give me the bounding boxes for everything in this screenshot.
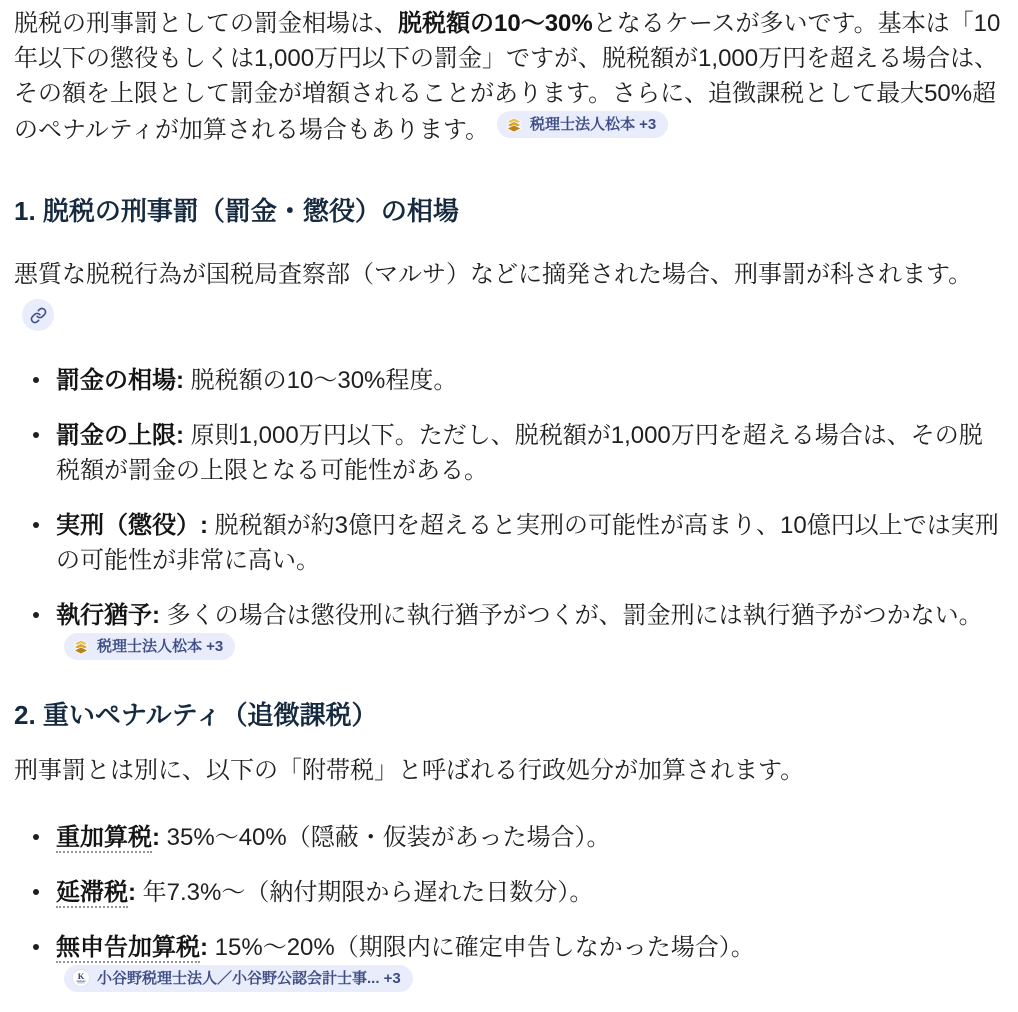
citation-chip-matsumoto[interactable]: 税理士法人松本 +3 (497, 111, 668, 138)
section-1-heading: 1. 脱税の刑事罰（罰金・懲役）の相場 (14, 193, 1004, 229)
list-item: 実刑（懲役）: 脱税額が約3億円を超えると実刑の可能性が高まり、10億円以上では… (56, 508, 1004, 578)
citation-chip-matsumoto[interactable]: 税理士法人松本 +3 (64, 633, 235, 660)
citation-chip-label: 小谷野税理士法人／小谷野公認会計士事... +3 (97, 967, 401, 990)
list-term-colon: : (200, 934, 208, 961)
intro-bold-range: 脱税額の10〜30% (398, 10, 593, 37)
list-item: 罰金の相場: 脱税額の10〜30%程度。 (56, 363, 1004, 398)
list-term: 執行猶予: (56, 602, 160, 629)
section-1-list: 罰金の相場: 脱税額の10〜30%程度。 罰金の上限: 原則1,000万円以下。… (14, 363, 1004, 670)
list-item: 延滞税: 年7.3%〜（納付期限から遅れた日数分）。 (56, 875, 1004, 910)
list-term-glossary: 延滞税 (56, 879, 128, 908)
list-text: 脱税額の10〜30%程度。 (184, 367, 457, 394)
list-term-colon: : (128, 879, 136, 906)
list-text: 原則1,000万円以下。ただし、脱税額が1,000万円を超える場合は、その脱税額… (56, 422, 983, 484)
list-item: 無申告加算税: 15%〜20%（期限内に確定申告しなかった場合）。K小谷野税理士… (56, 930, 1004, 1002)
intro-text-1: 脱税の刑事罰としての罰金相場は、 (14, 10, 398, 37)
list-item: 執行猶予: 多くの場合は懲役刑に執行猶予がつくが、罰金刑には執行猶予がつかない。… (56, 598, 1004, 670)
citation-chip-label: 税理士法人松本 +3 (97, 635, 223, 658)
section-2-list: 重加算税: 35%〜40%（隠蔽・仮装があった場合）。 延滞税: 年7.3%〜（… (14, 820, 1004, 1002)
section-1-lead-text: 悪質な脱税行為が国税局査察部（マルサ）などに摘発された場合、刑事罰が科されます。 (14, 261, 972, 288)
list-term-glossary: 無申告加算税 (56, 934, 200, 963)
list-term-colon: : (152, 824, 160, 851)
citation-chip-label: 税理士法人松本 +3 (530, 113, 656, 136)
list-text: 年7.3%〜（納付期限から遅れた日数分）。 (136, 879, 593, 906)
svg-text:K: K (78, 971, 85, 981)
citation-chip-koyano[interactable]: K小谷野税理士法人／小谷野公認会計士事... +3 (64, 965, 413, 992)
list-term: 罰金の上限: (56, 422, 184, 449)
list-term: 実刑（懲役）: (56, 512, 208, 539)
list-text: 35%〜40%（隠蔽・仮装があった場合）。 (160, 824, 611, 851)
list-item: 重加算税: 35%〜40%（隠蔽・仮装があった場合）。 (56, 820, 1004, 855)
assistant-response: 脱税の刑事罰としての罰金相場は、脱税額の10〜30%となるケースが多いです。基本… (0, 0, 1018, 1001)
citation-link-chip[interactable] (22, 299, 54, 331)
section-2-heading: 2. 重いペナルティ（追徴課税） (14, 697, 1004, 733)
intro-paragraph: 脱税の刑事罰としての罰金相場は、脱税額の10〜30%となるケースが多いです。基本… (14, 6, 1004, 148)
link-icon (30, 307, 47, 324)
list-term-glossary: 重加算税 (56, 824, 152, 853)
list-item: 罰金の上限: 原則1,000万円以下。ただし、脱税額が1,000万円を超える場合… (56, 418, 1004, 488)
section-2-lead-text: 刑事罰とは別に、以下の「附帯税」と呼ばれる行政処分が加算されます。 (14, 757, 804, 784)
section-1-lead: 悪質な脱税行為が国税局査察部（マルサ）などに摘発された場合、刑事罰が科されます。 (14, 257, 1004, 332)
matsumoto-favicon-icon (505, 116, 523, 134)
matsumoto-favicon-icon (72, 638, 90, 656)
section-2-lead: 刑事罰とは別に、以下の「附帯税」と呼ばれる行政処分が加算されます。 (14, 753, 1004, 788)
list-text: 多くの場合は懲役刑に執行猶予がつくが、罰金刑には執行猶予がつかない。 (160, 602, 983, 629)
koyano-favicon-icon: K (72, 969, 90, 987)
list-term: 罰金の相場: (56, 367, 184, 394)
list-text: 15%〜20%（期限内に確定申告しなかった場合）。 (208, 934, 755, 961)
